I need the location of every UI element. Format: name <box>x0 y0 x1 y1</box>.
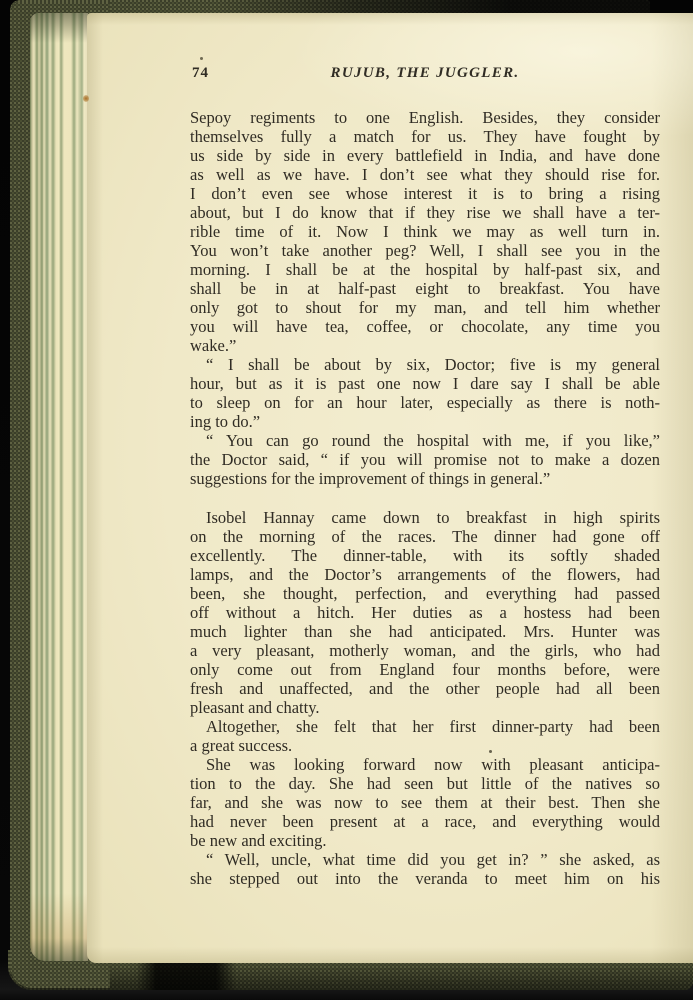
text-line: lamps, and the Doctor’s arrangements of … <box>190 565 660 584</box>
text-line: You won’t take another peg? Well, I shal… <box>190 241 660 260</box>
text-line: pleasant and chatty. <box>190 698 660 717</box>
book-scan-scene: 74 RUJUB, THE JUGGLER. Sepoy regiments t… <box>0 0 693 1000</box>
text-line: on the morning of the races. The dinner … <box>190 527 660 546</box>
text-line: Isobel Hannay came down to breakfast in … <box>190 508 660 527</box>
text-line: to sleep on for an hour later, especiall… <box>190 393 660 412</box>
page-header: 74 RUJUB, THE JUGGLER. <box>190 13 660 85</box>
text-line: suggestions for the improvement of thing… <box>190 469 660 488</box>
book-page: 74 RUJUB, THE JUGGLER. Sepoy regiments t… <box>87 13 693 963</box>
ink-speck <box>489 750 492 753</box>
text-line: be new and exciting. <box>190 831 660 850</box>
text-line: had never been present at a race, and ev… <box>190 812 660 831</box>
text-block: Sepoy regiments to one English. Besides,… <box>190 108 660 888</box>
text-line: I don’t even see whose interest it is to… <box>190 184 660 203</box>
paragraph: “ Well, uncle, what time did you get in?… <box>190 850 660 888</box>
paragraph: Sepoy regiments to one English. Besides,… <box>190 108 660 355</box>
text-line: excellently. The dinner-table, with its … <box>190 546 660 565</box>
text-line: Altogether, she felt that her first dinn… <box>190 717 660 736</box>
paragraph: “ I shall be about by six, Doctor; five … <box>190 355 660 431</box>
text-line: far, and she was now to see them at thei… <box>190 793 660 812</box>
paragraph: Isobel Hannay came down to breakfast in … <box>190 508 660 717</box>
foxing-spot <box>83 95 89 102</box>
text-line: ing to do.” <box>190 412 660 431</box>
text-line: a very pleasant, motherly woman, and the… <box>190 641 660 660</box>
text-line: the Doctor said, “ if you will promise n… <box>190 450 660 469</box>
text-line: only come out from England four months b… <box>190 660 660 679</box>
ink-speck <box>200 57 203 60</box>
text-line: much lighter than she had anticipated. M… <box>190 622 660 641</box>
paragraph: “ You can go round the hospital with me,… <box>190 431 660 488</box>
text-line: “ Well, uncle, what time did you get in?… <box>190 850 660 869</box>
text-line: shall be in at half-past eight to breakf… <box>190 279 660 298</box>
text-line: rible time of it. Now I think we may as … <box>190 222 660 241</box>
text-line: themselves fully a match for us. They ha… <box>190 127 660 146</box>
text-line: fresh and unaffected, and the other peop… <box>190 679 660 698</box>
text-line: “ I shall be about by six, Doctor; five … <box>190 355 660 374</box>
text-line: only got to shout for my man, and tell h… <box>190 298 660 317</box>
text-line: as well as we have. I don’t see what the… <box>190 165 660 184</box>
text-line: been, she thought, perfection, and every… <box>190 584 660 603</box>
text-line: wake.” <box>190 336 660 355</box>
text-line: you will have tea, coffee, or chocolate,… <box>190 317 660 336</box>
running-title: RUJUB, THE JUGGLER. <box>190 65 660 82</box>
text-line: Sepoy regiments to one English. Besides,… <box>190 108 660 127</box>
text-column: 74 RUJUB, THE JUGGLER. Sepoy regiments t… <box>190 13 660 963</box>
paragraph: Altogether, she felt that her first dinn… <box>190 717 660 755</box>
paragraph: She was looking forward now with pleasan… <box>190 755 660 850</box>
stacked-page-edges <box>30 13 88 961</box>
text-line: She was looking forward now with pleasan… <box>190 755 660 774</box>
text-line: about, but I do know that if they rise w… <box>190 203 660 222</box>
text-line: off without a hitch. Her duties as a hos… <box>190 603 660 622</box>
text-line: hour, but as it is past one now I dare s… <box>190 374 660 393</box>
text-line: a great success. <box>190 736 660 755</box>
text-line: morning. I shall be at the hospital by h… <box>190 260 660 279</box>
text-line: she stepped out into the veranda to meet… <box>190 869 660 888</box>
text-line: “ You can go round the hospital with me,… <box>190 431 660 450</box>
text-line: tion to the day. She had seen but little… <box>190 774 660 793</box>
page-number: 74 <box>192 65 209 82</box>
text-line: us side by side in every battlefield in … <box>190 146 660 165</box>
